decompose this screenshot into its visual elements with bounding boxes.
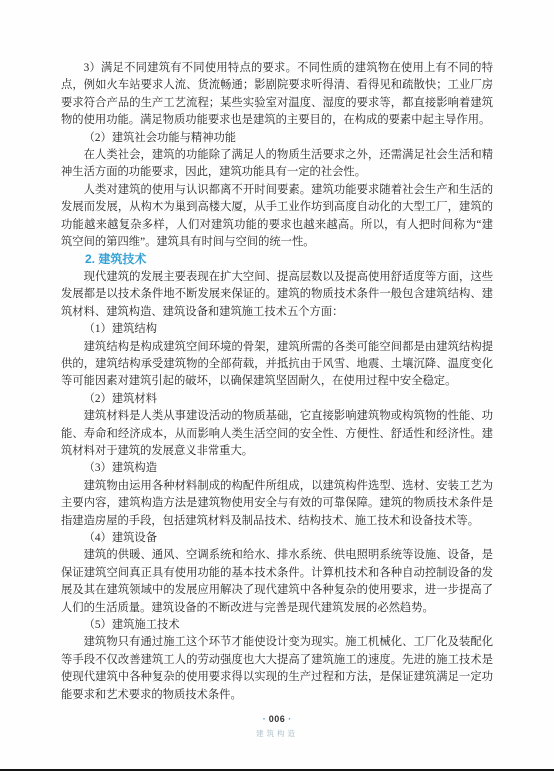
- footer-dot-left: ·: [263, 714, 266, 724]
- sub-heading: （1）建筑结构: [61, 321, 493, 338]
- sub-heading: （5）建筑施工技术: [61, 617, 493, 634]
- section-heading: 2. 建筑技术: [61, 251, 493, 268]
- sub-heading: （2）建筑材料: [61, 391, 493, 408]
- paragraph: 建筑材料是人类从事建设活动的物质基础，它直接影响建筑物或构筑物的性能、功能、寿命…: [61, 408, 493, 460]
- paragraph: 建筑物由运用各种材料制成的构配件所组成，以建筑构件选型、选材、安装工艺为主要内容…: [61, 478, 493, 530]
- paragraph: 3）满足不同建筑有不同使用特点的要求。不同性质的建筑物在使用上有不同的特点，例如…: [61, 60, 493, 130]
- footer-book-title: 建筑构造: [0, 728, 554, 739]
- sub-heading: （3）建筑构造: [61, 460, 493, 477]
- paragraph: 人类对建筑的使用与认识都离不开时间要素。建筑功能要求随着社会生产和生活的发展而发…: [61, 182, 493, 252]
- book-page: 3）满足不同建筑有不同使用特点的要求。不同性质的建筑物在使用上有不同的特点，例如…: [0, 0, 554, 776]
- paragraph: 建筑的供暖、通风、空调系统和给水、排水系统、供电照明系统等设施、设备，是保证建筑…: [61, 547, 493, 617]
- page-footer: ·006· 建筑构造: [0, 714, 554, 739]
- sub-heading: （2）建筑社会功能与精神功能: [61, 130, 493, 147]
- page-body: 3）满足不同建筑有不同使用特点的要求。不同性质的建筑物在使用上有不同的特点，例如…: [61, 60, 493, 704]
- paragraph: 在人类社会，建筑的功能除了满足人的物质生活要求之外，还需满足社会生活和精神生活方…: [61, 147, 493, 182]
- page-number-row: ·006·: [0, 714, 554, 725]
- paragraph: 建筑结构是构成建筑空间环境的骨架，建筑所需的各类可能空间都是由建筑结构提供的，建…: [61, 339, 493, 391]
- paragraph: 建筑物只有通过施工这个环节才能使设计变为现实。施工机械化、工厂化及装配化等手段不…: [61, 634, 493, 704]
- page-number: 006: [269, 714, 286, 724]
- scan-edge-line: [0, 769, 554, 771]
- footer-dot-right: ·: [288, 714, 291, 724]
- sub-heading: （4）建筑设备: [61, 530, 493, 547]
- paragraph: 现代建筑的发展主要表现在扩大空间、提高层数以及提高使用舒适度等方面，这些发展都是…: [61, 269, 493, 321]
